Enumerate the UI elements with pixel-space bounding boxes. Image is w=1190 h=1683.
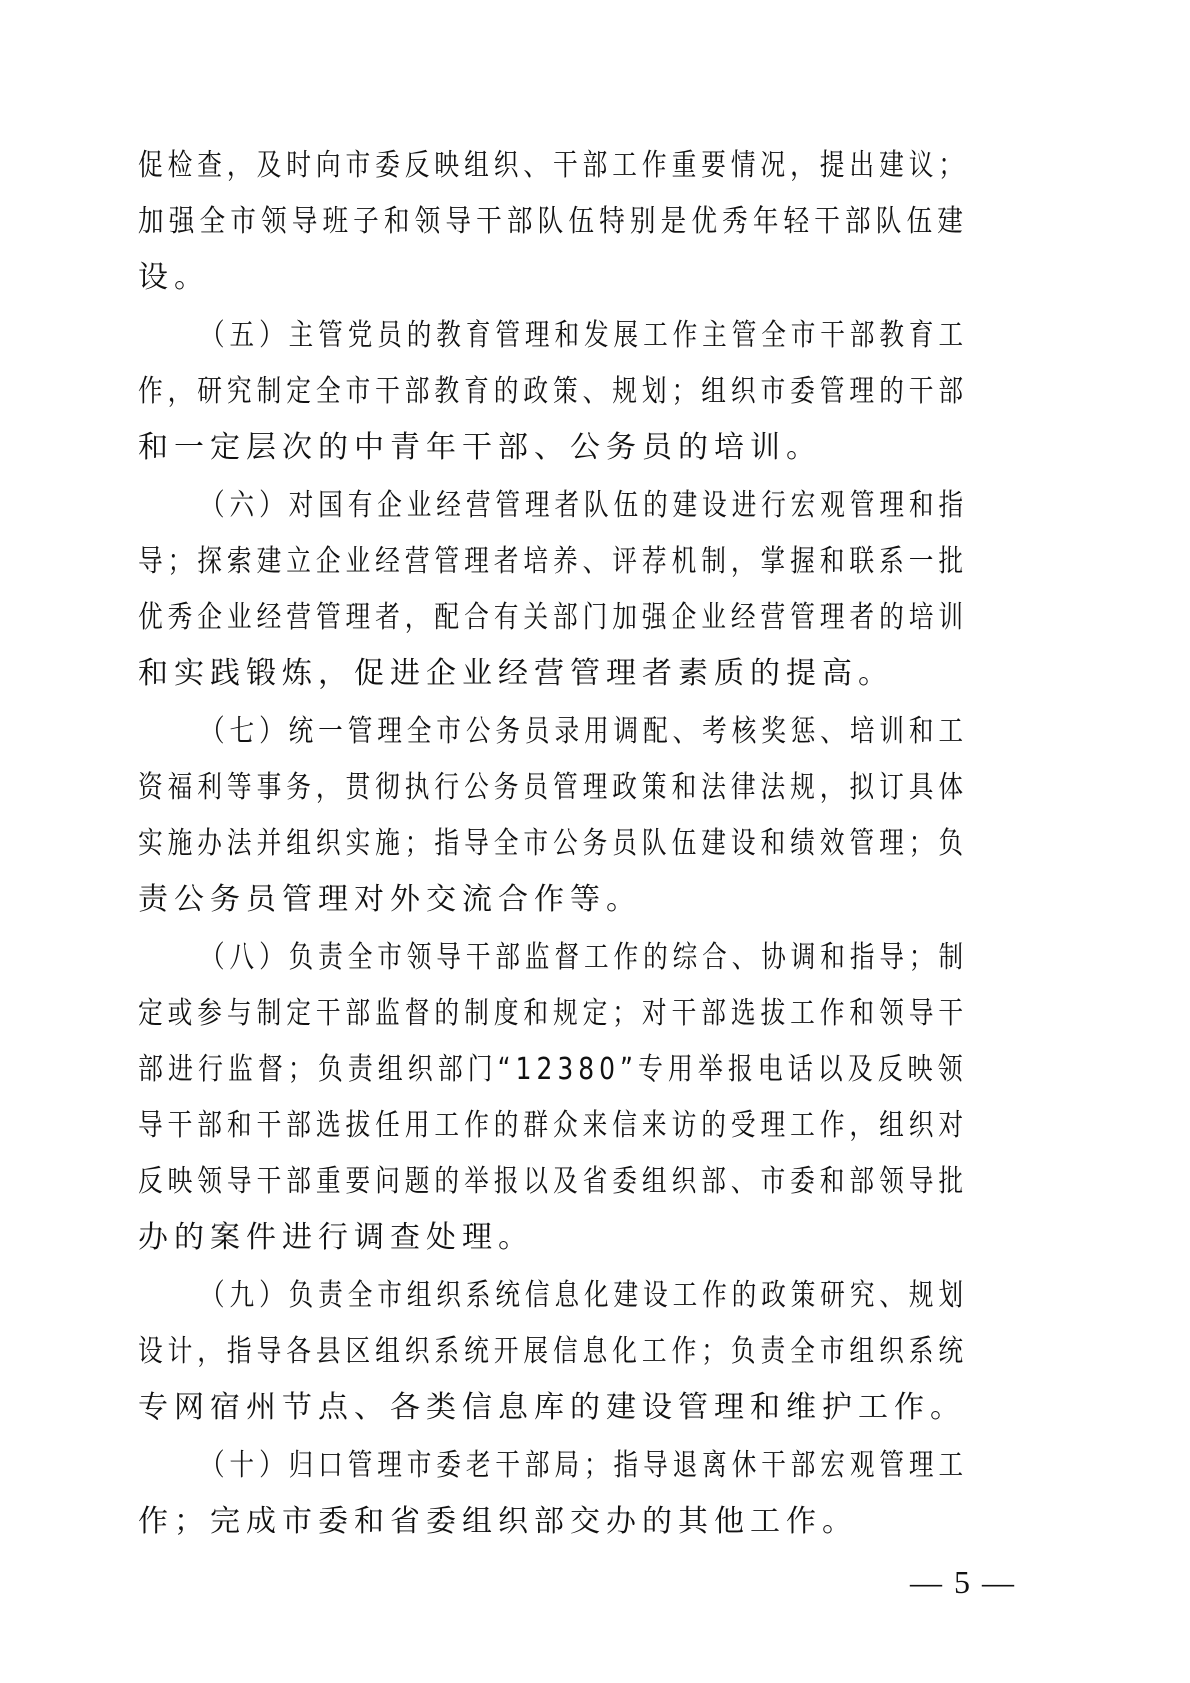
text-line-13: 实施办法并组织实施；指导全市公务员队伍建设和绩效管理；负 [138,818,968,870]
paragraph-7-start: （七）统一管理全市公务员录用调配、考核奖惩、培训和工 [200,706,968,758]
text-line-5: 作，研究制定全市干部教育的政策、规划；组织市委管理的干部 [138,366,968,418]
paragraph-10-start: （十）归口管理市委老干部局；指导退离休干部宏观管理工 [200,1440,968,1492]
paragraph-6-start: （六）对国有企业经营管理者队伍的建设进行宏观管理和指 [200,480,968,532]
document-page: 促检查，及时向市委反映组织、干部工作重要情况，提出建议； 加强全市领导班子和领导… [0,0,1190,1683]
text-line-23: 专网宿州节点、各类信息库的建设管理和维护工作。 [138,1382,966,1434]
text-line-16: 定或参与制定干部监督的制度和规定；对干部选拔工作和领导干 [138,988,968,1040]
text-line-19: 反映领导干部重要问题的举报以及省委组织部、市委和部领导批 [138,1156,968,1208]
paragraph-8-start: （八）负责全市领导干部监督工作的综合、协调和指导；制 [200,932,968,984]
text-line-9: 优秀企业经营管理者，配合有关部门加强企业经营管理者的培训 [138,592,968,644]
text-line-17: 部进行监督；负责组织部门“12380”专用举报电话以及反映领 [138,1044,968,1096]
text-line-3: 设。 [138,252,210,304]
text-line-22: 设计，指导各县区组织系统开展信息化工作；负责全市组织系统 [138,1326,968,1378]
text-line-6: 和一定层次的中青年干部、公务员的培训。 [138,422,822,474]
text-line-1: 促检查，及时向市委反映组织、干部工作重要情况，提出建议； [138,140,968,192]
text-line-12: 资福利等事务，贯彻执行公务员管理政策和法律法规，拟订具体 [138,762,968,814]
text-line-10: 和实践锻炼，促进企业经营管理者素质的提高。 [138,648,894,700]
text-line-2: 加强全市领导班子和领导干部队伍特别是优秀年轻干部队伍建 [138,196,968,248]
text-line-18: 导干部和干部选拔任用工作的群众来信来访的受理工作，组织对 [138,1100,968,1152]
paragraph-9-start: （九）负责全市组织系统信息化建设工作的政策研究、规划 [200,1270,968,1322]
page-number: — 5 — [910,1562,1016,1602]
text-line-14: 责公务员管理对外交流合作等。 [138,874,642,926]
text-line-20: 办的案件进行调查处理。 [138,1212,534,1264]
text-line-25: 作；完成市委和省委组织部交办的其他工作。 [138,1496,858,1548]
paragraph-5-start: （五）主管党员的教育管理和发展工作主管全市干部教育工 [200,310,968,362]
text-line-8: 导；探索建立企业经营管理者培养、评荐机制，掌握和联系一批 [138,536,968,588]
